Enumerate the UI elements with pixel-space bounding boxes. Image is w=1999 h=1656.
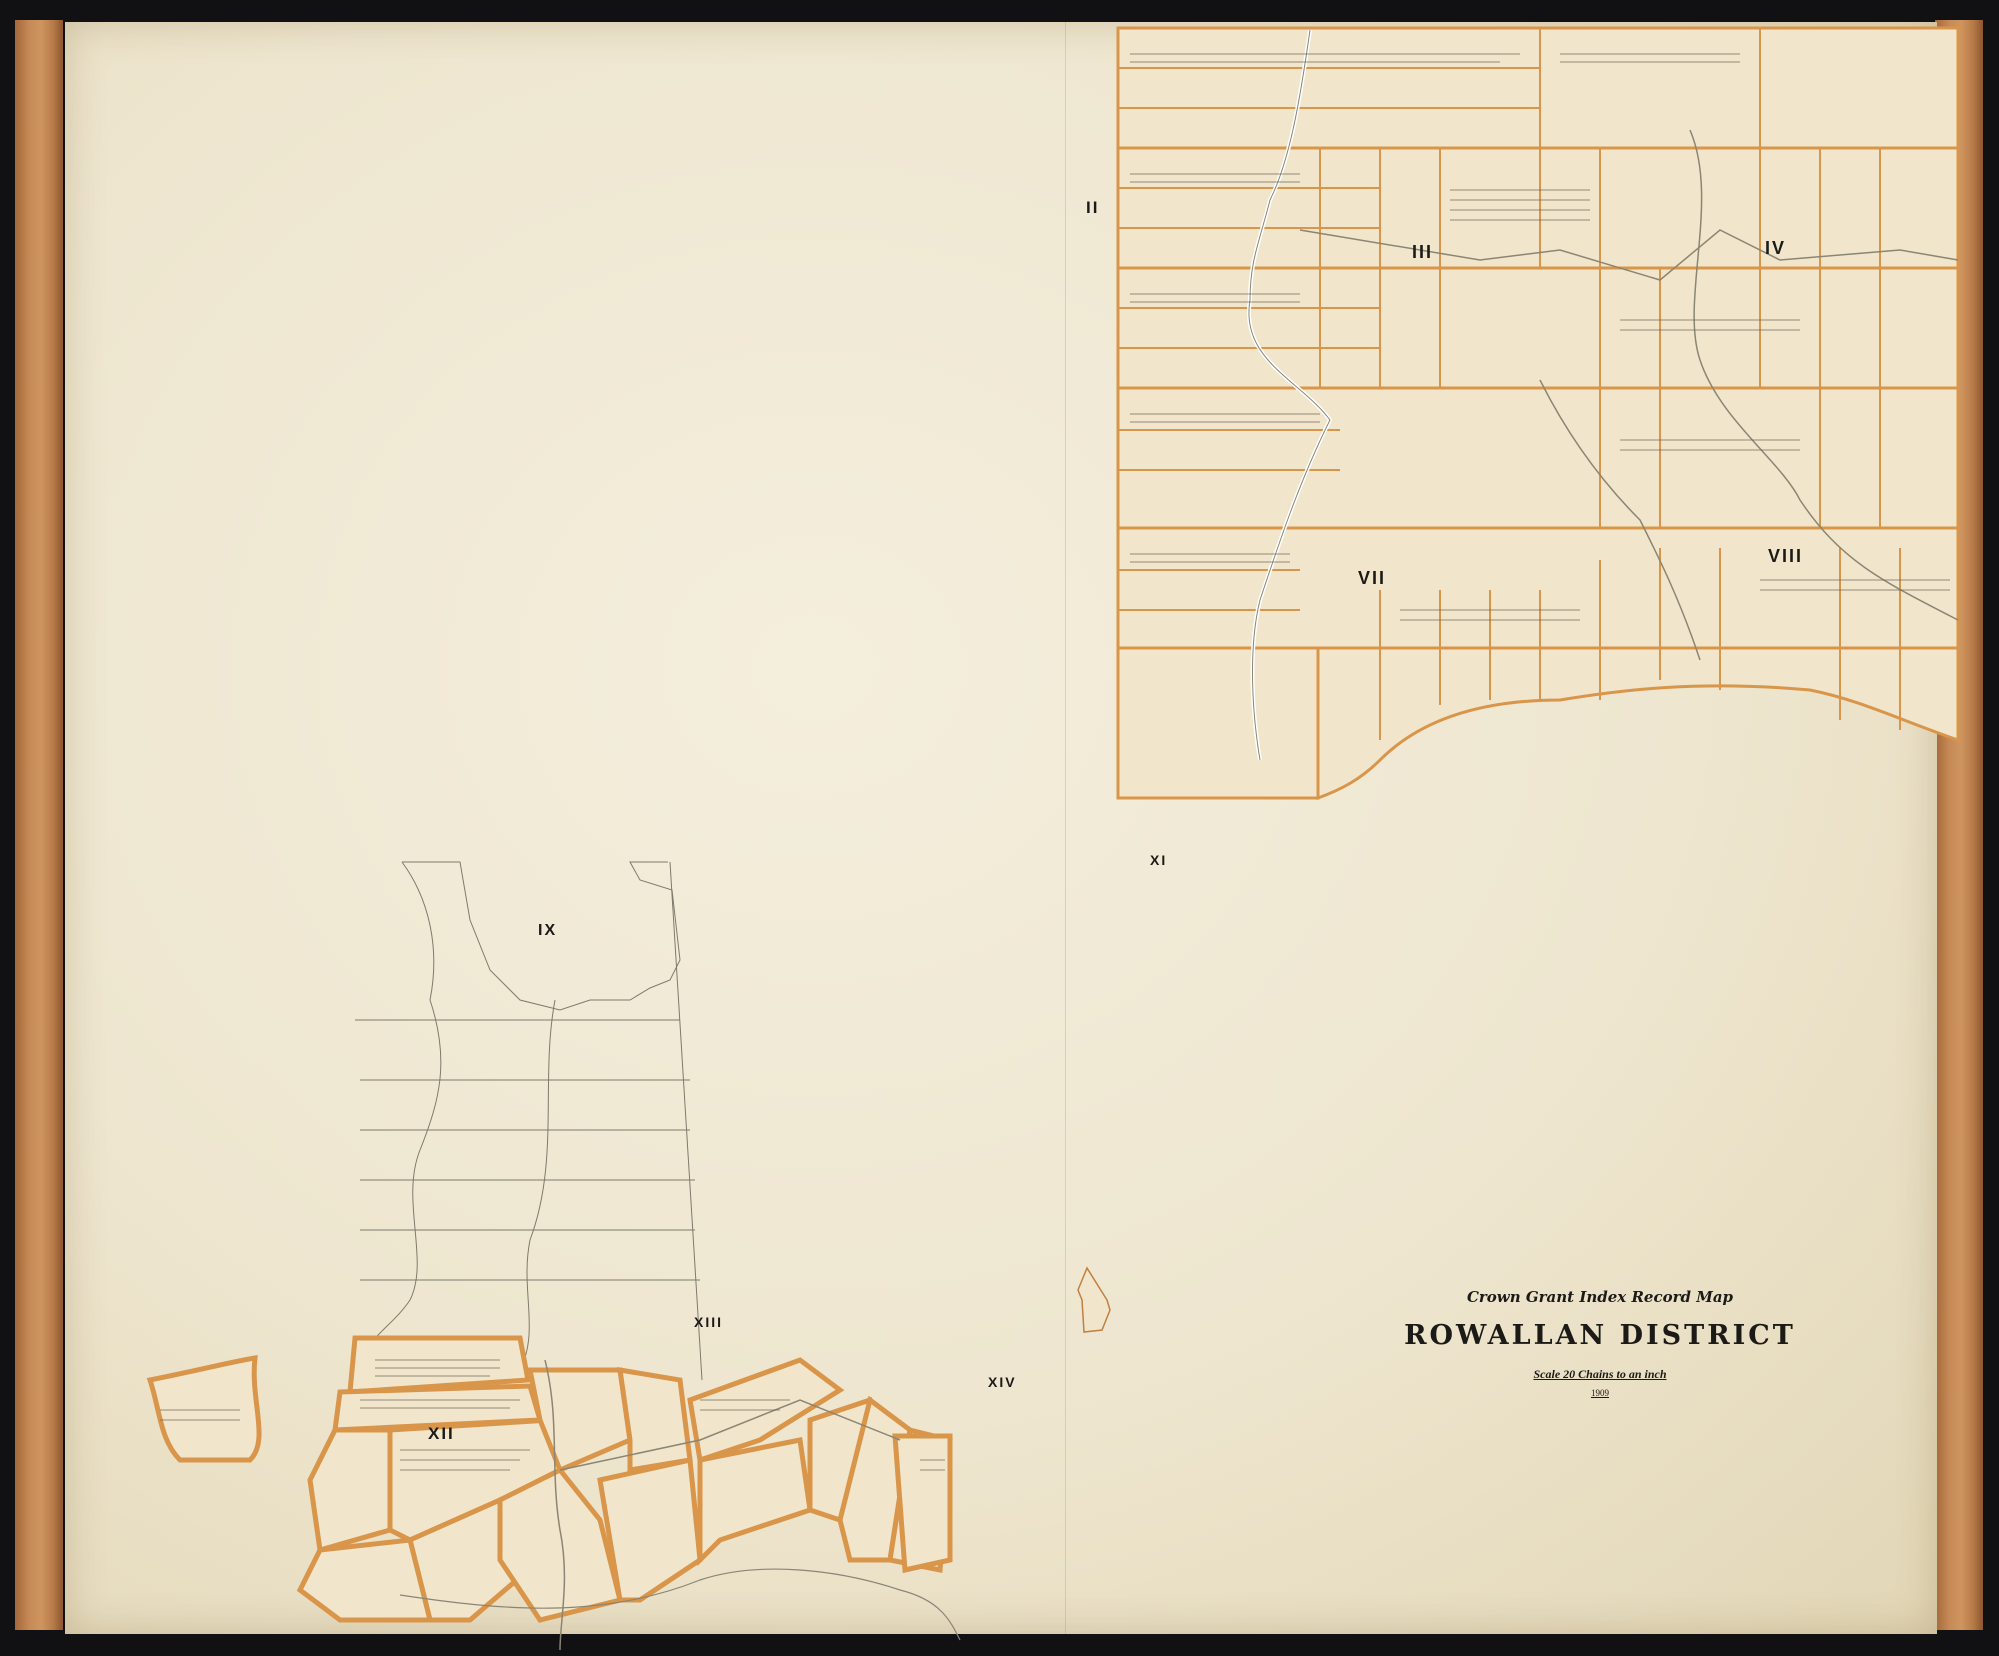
region-label-xi: XI bbox=[1150, 852, 1167, 868]
map-district-title: ROWALLAN DISTRICT bbox=[1400, 1320, 1800, 1351]
region-ix-boundaries bbox=[355, 862, 702, 1380]
map-drawing bbox=[0, 0, 1999, 1656]
map-scale: Scale 20 Chains to an inch bbox=[1400, 1367, 1800, 1382]
region-label-ii: II bbox=[1086, 198, 1099, 218]
map-year: 1909 bbox=[1400, 1388, 1800, 1398]
region-label-viii: VIII bbox=[1768, 546, 1803, 567]
small-parcel bbox=[1078, 1268, 1110, 1332]
map-title-block: Crown Grant Index Record Map ROWALLAN DI… bbox=[1400, 1288, 1800, 1398]
region-label-ix: IX bbox=[538, 922, 557, 940]
parcel-block-north bbox=[1118, 28, 1958, 798]
region-label-xiv: XIV bbox=[988, 1374, 1017, 1390]
region-label-xii: XII bbox=[428, 1424, 455, 1444]
region-label-iii: III bbox=[1412, 242, 1433, 263]
map-subtitle: Crown Grant Index Record Map bbox=[1400, 1288, 1800, 1306]
parcel-block-south bbox=[150, 1338, 960, 1650]
region-label-vii: VII bbox=[1358, 568, 1386, 589]
region-label-iv: IV bbox=[1765, 238, 1786, 259]
region-label-xiii: XIII bbox=[694, 1314, 723, 1330]
